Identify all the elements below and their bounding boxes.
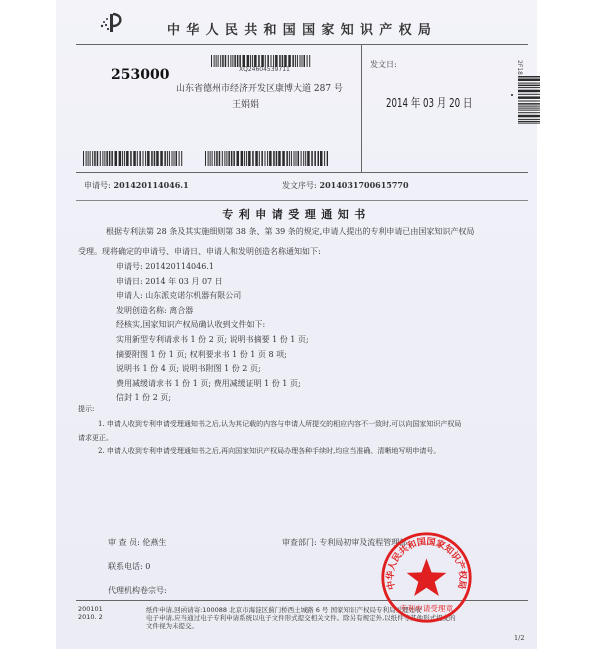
recipient-name: 王娟娟	[232, 97, 259, 110]
detail-line: 发明创造名称: 离合器	[116, 304, 309, 319]
notice-title: 专利申请受理通知书	[56, 206, 537, 222]
detail-line: 申请号: 201420114046.1	[116, 260, 309, 275]
detail-line: 说明书 1 份 4 页; 说明书附图 1 份 2 页;	[116, 362, 309, 377]
agency-ref-row: 代理机构卷宗号:	[108, 585, 167, 596]
application-number: 201420114046.1	[114, 180, 189, 190]
department-label: 审查部门:	[282, 538, 317, 547]
footer-line3: 文件视为未提交。	[146, 621, 198, 630]
hint-1-line1: 1. 申请人收到专利申请受理通知书之后,认为其记载的内容与申请人所提交的相应内容…	[98, 419, 461, 429]
barcode-divider	[76, 172, 528, 173]
serial-barcode	[205, 151, 328, 166]
official-seal-stamp: 中华人民共和国国家知识产权局 专利申请受理章	[379, 530, 474, 625]
dispatch-serial-row: 发文序号: 2014031700615770	[282, 180, 409, 191]
side-barcode	[518, 76, 540, 124]
barcode-number: XQ24604539711	[239, 66, 290, 73]
application-number-row: 申请号: 201420114046.1	[84, 180, 189, 191]
notice-intro-line2: 受理。现将确定的申请号、申请日、申请人和发明创造名称通知如下:	[78, 246, 321, 257]
hint-1-line2: 请求更正。	[78, 433, 113, 443]
detail-line: 费用减缓请求书 1 份 1 页; 费用减缓证明 1 份 1 页;	[116, 377, 309, 392]
form-code: 200101	[78, 605, 103, 613]
svg-text:专利申请受理章: 专利申请受理章	[400, 603, 454, 613]
detail-line: 申请人: 山东派克诺尔机器有限公司	[116, 289, 309, 304]
detail-line: 经核实,国家知识产权局确认收到文件如下:	[116, 318, 309, 333]
examiner-name: 伦燕生	[142, 538, 166, 547]
cnipa-logo-icon	[98, 10, 124, 34]
postcode: 253000	[111, 67, 169, 83]
dot-mark	[511, 94, 513, 96]
reference-divider	[76, 200, 528, 201]
form-version: 2010. 2	[78, 613, 103, 621]
issue-date: 2014 年 03 月 20 日	[386, 94, 472, 111]
detail-line: 摘要附图 1 份 1 页; 权利要求书 1 份 1 页 8 项;	[116, 348, 309, 363]
application-number-label: 申请号:	[84, 181, 111, 190]
agency-ref-label: 代理机构卷宗号:	[108, 586, 167, 595]
dispatch-serial: 2014031700615770	[320, 180, 409, 190]
office-name: 中华人民共和国国家知识产权局	[167, 19, 437, 38]
detail-line: 实用新型专利请求书 1 份 2 页; 说明书摘要 1 份 1 页;	[116, 333, 309, 348]
dispatch-serial-label: 发文序号:	[282, 181, 317, 190]
application-details: 申请号: 201420114046.1申请日: 2014 年 03 月 07 日…	[116, 260, 309, 406]
header-divider	[76, 44, 528, 45]
examiner-row: 审 查 员: 伦燕生	[108, 537, 166, 548]
application-barcode	[83, 151, 183, 166]
phone-label: 联系电话:	[108, 562, 143, 571]
issue-date-label: 发文日:	[370, 59, 397, 70]
hints-title: 提示:	[78, 404, 94, 414]
examiner-label: 审 查 员:	[108, 538, 140, 547]
detail-line: 信封 1 份 2 页;	[116, 391, 309, 406]
side-code: 2F18	[516, 60, 523, 75]
notice-document: 中华人民共和国国家知识产权局 253000 XQ24604539711 山东省德…	[56, 0, 537, 649]
phone-row: 联系电话: 0	[108, 561, 150, 572]
detail-line: 申请日: 2014 年 03 月 07 日	[116, 275, 309, 290]
notice-intro-line1: 根据专利法第 28 条及其实施细则第 38 条、第 39 条的规定,申请人提出的…	[106, 226, 474, 237]
hint-2: 2. 申请人收到专利申请受理通知书之后,再向国家知识产权局办理各种手续时,均应当…	[98, 446, 440, 456]
page-number: 1/2	[514, 634, 524, 642]
phone-number: 0	[145, 562, 150, 571]
header-column-divider	[361, 44, 362, 172]
mail-barcode	[211, 52, 311, 64]
mailing-address: 山东省德州市经济开发区康博大道 287 号	[176, 81, 343, 94]
